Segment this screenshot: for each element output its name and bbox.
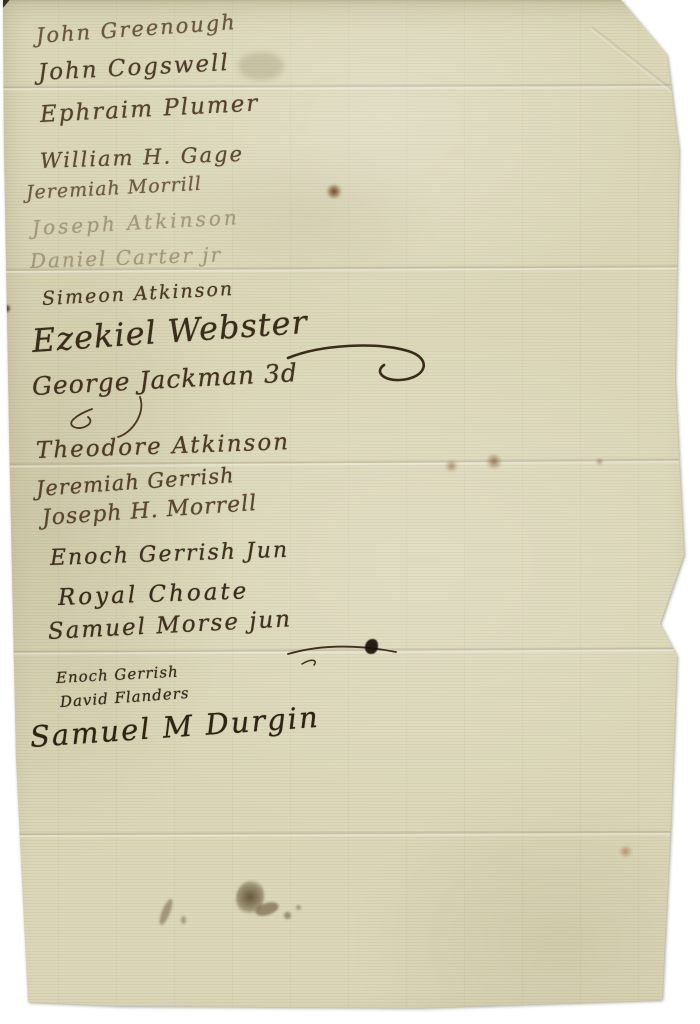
signature: John Cogswell bbox=[37, 50, 230, 86]
pen-flourish-jackman-descender bbox=[62, 395, 162, 441]
signature: Simeon Atkinson bbox=[41, 278, 234, 310]
signature: David Flanders bbox=[59, 684, 190, 711]
signature: John Greenough bbox=[35, 10, 237, 48]
scanned-document: John Greenough John Cogswell Ephraim Plu… bbox=[0, 0, 700, 1024]
signature: Jeremiah Morrill bbox=[25, 173, 202, 204]
pen-flourish-morse bbox=[284, 640, 404, 666]
crease-stain bbox=[595, 458, 604, 465]
corner-pen-mark bbox=[0, 0, 9, 17]
crease-stain bbox=[444, 460, 459, 472]
signature: Enoch Gerrish Jun bbox=[50, 538, 290, 571]
pen-flourish-webster bbox=[286, 336, 446, 392]
signature: Samuel Morse jun bbox=[47, 606, 292, 645]
signature: Ephraim Plumer bbox=[39, 91, 260, 128]
smudge-dot bbox=[181, 916, 186, 924]
fold-crease bbox=[0, 830, 700, 838]
fold-crease bbox=[0, 83, 700, 91]
signature: Royal Choate bbox=[58, 578, 250, 611]
manuscript-page: John Greenough John Cogswell Ephraim Plu… bbox=[0, 0, 700, 1024]
red-stain bbox=[618, 846, 633, 857]
smudge-dot bbox=[296, 905, 301, 910]
ink-dot bbox=[3, 305, 10, 312]
crease-stain bbox=[485, 454, 503, 469]
signature: Joseph Atkinson bbox=[31, 205, 240, 240]
signature: Ezekiel Webster bbox=[31, 303, 309, 360]
smudge-dot bbox=[284, 912, 291, 919]
smudge-streak bbox=[157, 898, 175, 927]
signature: William H. Gage bbox=[40, 142, 245, 173]
water-stain bbox=[238, 52, 284, 80]
foxing-spot bbox=[326, 184, 342, 199]
signature: Enoch Gerrish bbox=[56, 663, 180, 687]
